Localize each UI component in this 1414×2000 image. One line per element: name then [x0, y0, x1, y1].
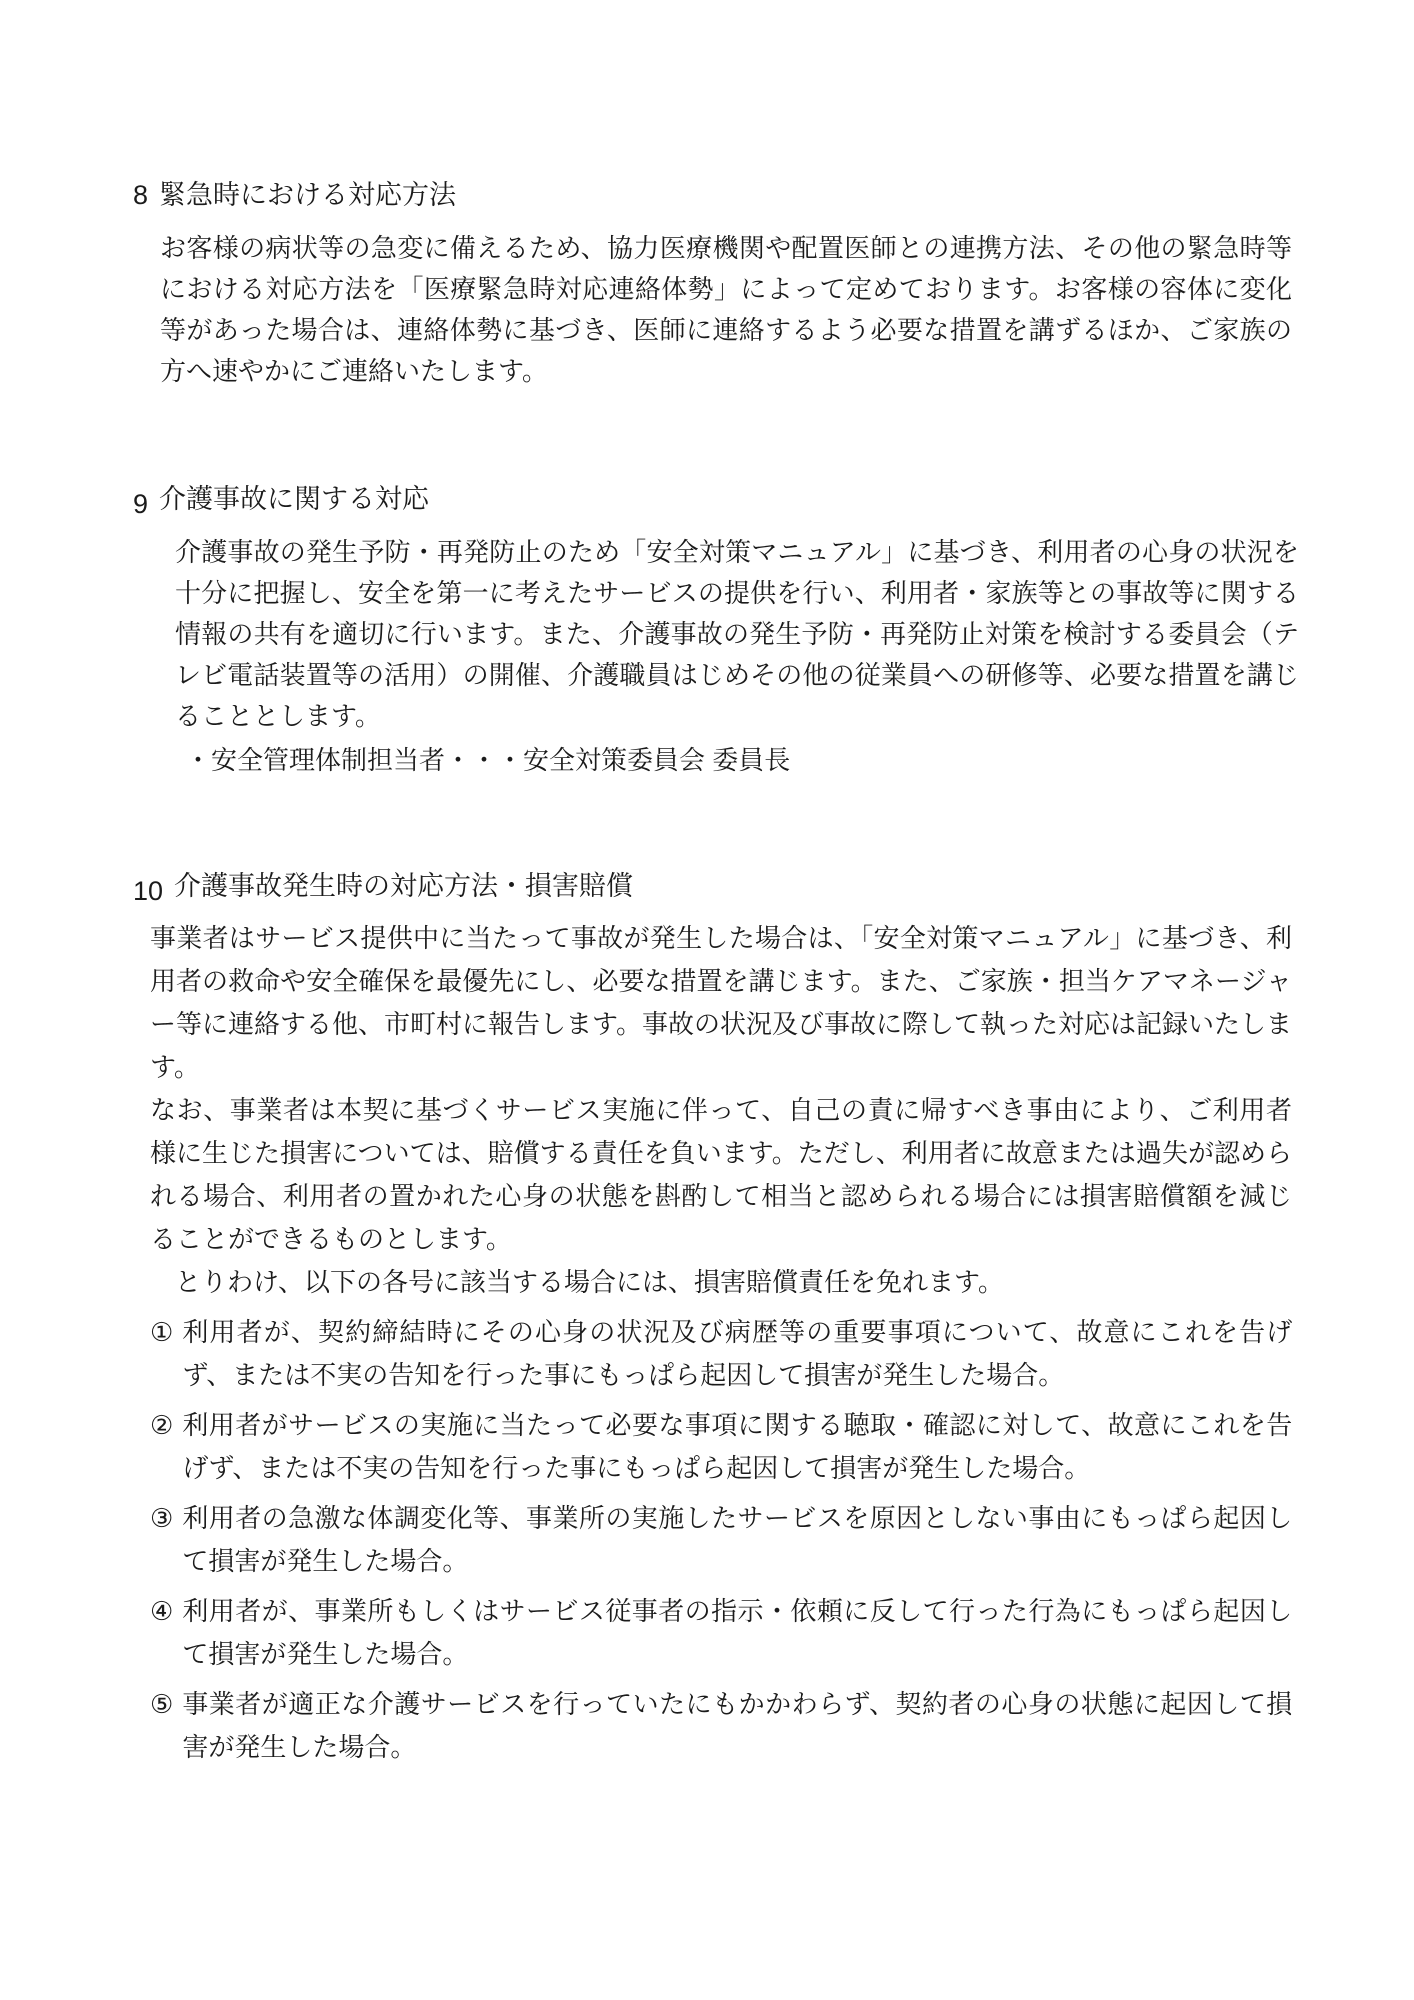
section-9-heading: 9 介護事故に関する対応 — [133, 482, 1296, 516]
exemption-item-4: ④ 利用者が、事業所もしくはサービス従事者の指示・依頼に反して行った行為にもっぱ… — [150, 1590, 1296, 1676]
item-2-marker: ② — [150, 1404, 173, 1447]
item-4-marker: ④ — [150, 1590, 173, 1633]
section-accident-compensation: 10 介護事故発生時の対応方法・損害賠償 事業者はサービス提供中に当たって事故が… — [133, 869, 1296, 1769]
safety-manager-note: ・安全管理体制担当者・・・安全対策委員会 委員長 — [185, 740, 1296, 781]
section-care-accident-response: 9 介護事故に関する対応 介護事故の発生予防・再発防止のため「安全対策マニュアル… — [133, 482, 1296, 781]
item-1-text: 利用者が、契約締結時にその心身の状況及び病歴等の重要事項について、故意にこれを告… — [182, 1311, 1292, 1397]
item-1-marker: ① — [150, 1311, 173, 1354]
section-10-paragraph-1: 事業者はサービス提供中に当たって事故が発生した場合は、「安全対策マニュアル」に基… — [150, 917, 1292, 1089]
section-10-number: 10 — [133, 874, 163, 908]
section-9-number: 9 — [133, 487, 148, 521]
section-10-paragraph-2: なお、事業者は本契に基づくサービス実施に伴って、自己の責に帰すべき事由により、ご… — [150, 1089, 1292, 1261]
section-8-number: 8 — [133, 178, 148, 212]
section-8-title: 緊急時における対応方法 — [159, 178, 456, 212]
section-9-paragraph: 介護事故の発生予防・再発防止のため「安全対策マニュアル」に基づき、利用者の心身の… — [175, 532, 1299, 737]
item-3-marker: ③ — [150, 1497, 173, 1540]
item-2-text: 利用者がサービスの実施に当たって必要な事項に関する聴取・確認に対して、故意にこれ… — [182, 1404, 1292, 1490]
exemption-item-1: ① 利用者が、契約締結時にその心身の状況及び病歴等の重要事項について、故意にこれ… — [150, 1311, 1296, 1397]
section-9-title: 介護事故に関する対応 — [159, 482, 429, 516]
document-page: 8 緊急時における対応方法 お客様の病状等の急変に備えるため、協力医療機関や配置… — [0, 0, 1414, 2000]
item-3-text: 利用者の急激な体調変化等、事業所の実施したサービスを原因としない事由にもっぱら起… — [182, 1497, 1292, 1583]
exemption-item-2: ② 利用者がサービスの実施に当たって必要な事項に関する聴取・確認に対して、故意に… — [150, 1404, 1296, 1490]
item-4-text: 利用者が、事業所もしくはサービス従事者の指示・依頼に反して行った行為にもっぱら起… — [182, 1590, 1292, 1676]
section-10-title: 介護事故発生時の対応方法・損害賠償 — [174, 869, 633, 903]
exemption-lead-in: とりわけ、以下の各号に該当する場合には、損害賠償責任を免れます。 — [175, 1261, 1296, 1304]
section-8-heading: 8 緊急時における対応方法 — [133, 178, 1296, 212]
section-10-heading: 10 介護事故発生時の対応方法・損害賠償 — [133, 869, 1296, 903]
exemption-item-5: ⑤ 事業者が適正な介護サービスを行っていたにもかかわらず、契約者の心身の状態に起… — [150, 1683, 1296, 1769]
exemption-item-list: ① 利用者が、契約締結時にその心身の状況及び病歴等の重要事項について、故意にこれ… — [150, 1311, 1296, 1769]
item-5-marker: ⑤ — [150, 1683, 173, 1726]
document-content: 8 緊急時における対応方法 お客様の病状等の急変に備えるため、協力医療機関や配置… — [0, 0, 1414, 1769]
section-8-paragraph: お客様の病状等の急変に備えるため、協力医療機関や配置医師との連携方法、その他の緊… — [160, 228, 1292, 392]
section-emergency-response: 8 緊急時における対応方法 お客様の病状等の急変に備えるため、協力医療機関や配置… — [133, 178, 1296, 392]
item-5-text: 事業者が適正な介護サービスを行っていたにもかかわらず、契約者の心身の状態に起因し… — [182, 1683, 1292, 1769]
exemption-item-3: ③ 利用者の急激な体調変化等、事業所の実施したサービスを原因としない事由にもっぱ… — [150, 1497, 1296, 1583]
